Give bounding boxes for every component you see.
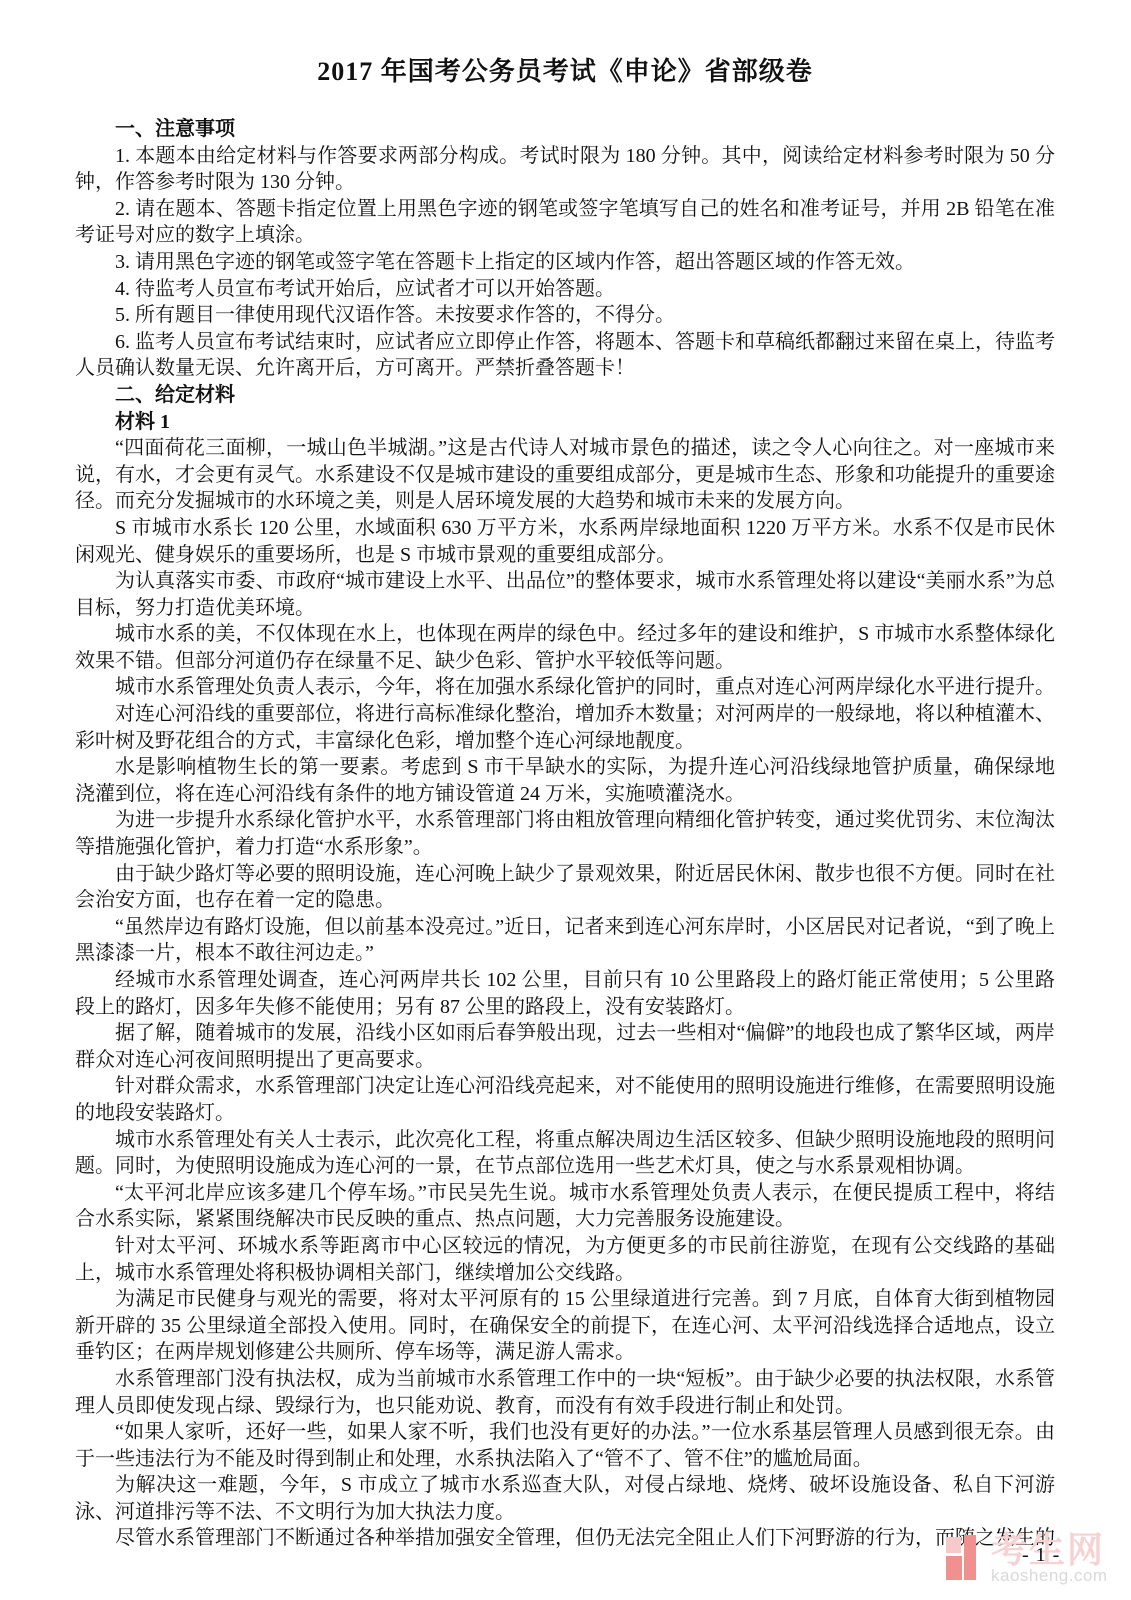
paragraph: 针对太平河、环城水系等距离市中心区较远的情况，为方便更多的市民前往游览，在现有公… xyxy=(75,1233,1055,1286)
section-heading: 材料 1 xyxy=(75,409,1055,436)
document-content: 一、注意事项1. 本题本由给定材料与作答要求两部分构成。考试时限为 180 分钟… xyxy=(75,116,1055,1552)
paragraph: 3. 请用黑色字迹的钢笔或签字笔在答题卡上指定的区域内作答，超出答题区域的作答无… xyxy=(75,249,1055,276)
paragraph: “太平河北岸应该多建几个停车场。”市民吴先生说。城市水系管理处负责人表示，在便民… xyxy=(75,1180,1055,1233)
document-title: 2017 年国考公务员考试《申论》省部级卷 xyxy=(75,50,1055,94)
paragraph: 水系管理部门没有执法权，成为当前城市水系管理工作中的一块“短板”。由于缺少必要的… xyxy=(75,1366,1055,1419)
paragraph: “四面荷花三面柳，一城山色半城湖。”这是古代诗人对城市景色的描述，读之令人心向往… xyxy=(75,435,1055,515)
paragraph: 城市水系的美，不仅体现在水上，也体现在两岸的绿色中。经过多年的建设和维护，S 市… xyxy=(75,621,1055,674)
paragraph: 经城市水系管理处调查，连心河两岸共长 102 公里，目前只有 10 公里路段上的… xyxy=(75,967,1055,1020)
kaosheng-logo-icon xyxy=(946,1535,976,1580)
paragraph: 4. 待监考人员宣布考试开始后，应试者才可以开始答题。 xyxy=(75,276,1055,303)
paragraph: S 市城市水系长 120 公里，水域面积 630 万平方米，水系两岸绿地面积 1… xyxy=(75,515,1055,568)
paragraph: 为解决这一难题，今年，S 市成立了城市水系巡查大队，对侵占绿地、烧烤、破坏设施设… xyxy=(75,1472,1055,1525)
document-page: 2017 年国考公务员考试《申论》省部级卷 一、注意事项1. 本题本由给定材料与… xyxy=(0,0,1131,1600)
paragraph: 为满足市民健身与观光的需要，将对太平河原有的 15 公里绿道进行完善。到 7 月… xyxy=(75,1286,1055,1366)
paragraph: 针对群众需求，水系管理部门决定让连心河沿线亮起来，对不能使用的照明设施进行维修，… xyxy=(75,1073,1055,1126)
section-heading: 一、注意事项 xyxy=(75,116,1055,143)
paragraph: 尽管水系管理部门不断通过各种举措加强安全管理，但仍无法完全阻止人们下河野游的行为… xyxy=(75,1525,1055,1552)
paragraph: 据了解，随着城市的发展，沿线小区如雨后春笋般出现，过去一些相对“偏僻”的地段也成… xyxy=(75,1020,1055,1073)
paragraph: 2. 请在题本、答题卡指定位置上用黑色字迹的钢笔或签字笔填写自己的姓名和准考证号… xyxy=(75,196,1055,249)
paragraph: 由于缺少路灯等必要的照明设施，连心河晚上缺少了景观效果，附近居民休闲、散步也很不… xyxy=(75,861,1055,914)
paragraph: 为认真落实市委、市政府“城市建设上水平、出品位”的整体要求，城市水系管理处将以建… xyxy=(75,568,1055,621)
paragraph: “如果人家听，还好一些，如果人家不听，我们也没有更好的办法。”一位水系基层管理人… xyxy=(75,1419,1055,1472)
paragraph: 为进一步提升水系绿化管护水平，水系管理部门将由粗放管理向精细化管护转变，通过奖优… xyxy=(75,807,1055,860)
paragraph: “虽然岸边有路灯设施，但以前基本没亮过。”近日，记者来到连心河东岸时，小区居民对… xyxy=(75,914,1055,967)
paragraph: 1. 本题本由给定材料与作答要求两部分构成。考试时限为 180 分钟。其中，阅读… xyxy=(75,143,1055,196)
paragraph: 6. 监考人员宣布考试结束时，应试者应立即停止作答，将题本、答题卡和草稿纸都翻过… xyxy=(75,329,1055,382)
paragraph: 5. 所有题目一律使用现代汉语作答。未按要求作答的，不得分。 xyxy=(75,302,1055,329)
paragraph: 水是影响植物生长的第一要素。考虑到 S 市干旱缺水的实际，为提升连心河沿线绿地管… xyxy=(75,754,1055,807)
paragraph: 城市水系管理处有关人士表示，此次亮化工程，将重点解决周边生活区较多、但缺少照明设… xyxy=(75,1127,1055,1180)
paragraph: 城市水系管理处负责人表示，今年，将在加强水系绿化管护的同时，重点对连心河两岸绿化… xyxy=(75,674,1055,701)
section-heading: 二、给定材料 xyxy=(75,382,1055,409)
page-number: - 1 - xyxy=(1022,1544,1060,1567)
watermark-domain: kaosheng.com xyxy=(991,1568,1108,1584)
paragraph: 对连心河沿线的重要部位，将进行高标准绿化整治，增加乔木数量；对河两岸的一般绿地，… xyxy=(75,701,1055,754)
